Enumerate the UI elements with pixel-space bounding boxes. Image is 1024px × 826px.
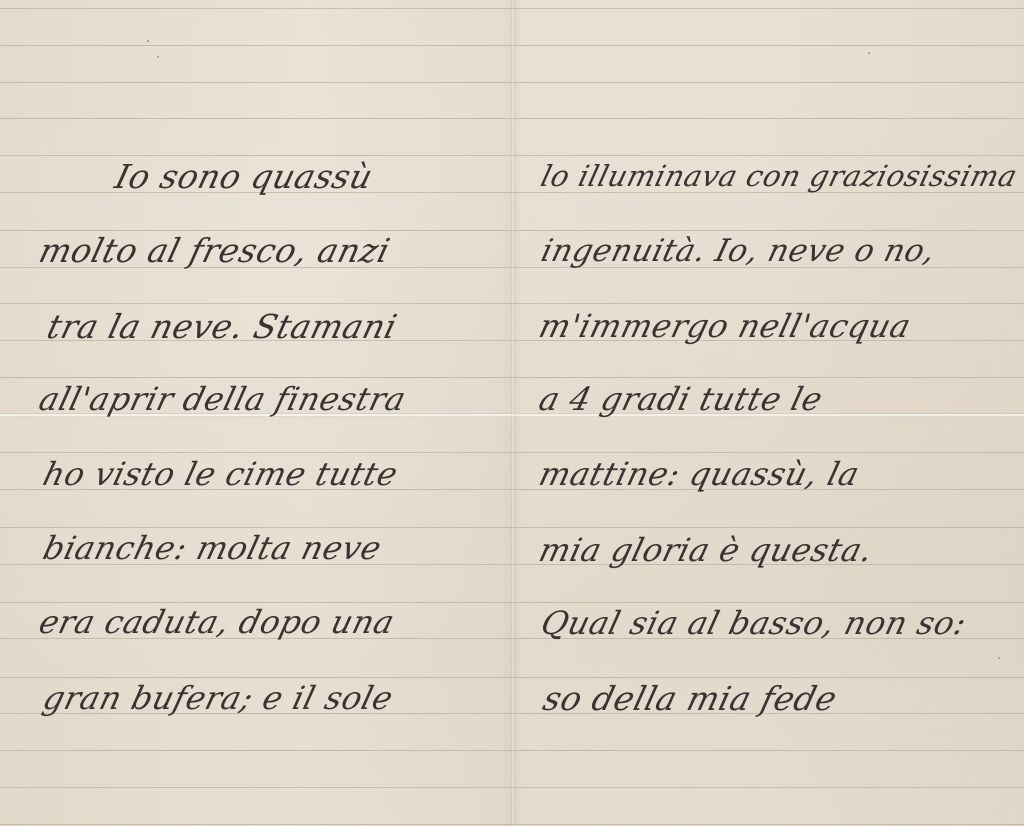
letter-line: so della mia fede	[540, 682, 840, 715]
letter-line: gran bufera; e il sole	[40, 682, 396, 714]
letter-line: Io sono quassù	[112, 160, 376, 193]
letter-line: era caduta, dopo una	[36, 606, 398, 638]
left-page: Io sono quassù molto al fresco, anzi tra…	[0, 0, 510, 826]
letter-line: mattine: quassù, la	[536, 458, 863, 490]
letter-line: ingenuità. Io, neve o no,	[538, 236, 938, 267]
letter-line: a 4 gradi tutte le	[536, 383, 826, 415]
letter-line: ho visto le cime tutte	[40, 458, 401, 490]
letter-line: tra la neve. Stamani	[44, 310, 400, 343]
letter-line: bianche: molta neve	[40, 532, 385, 564]
letter-line: lo illuminava con graziosissima	[538, 162, 1020, 191]
letter-sheet: Io sono quassù molto al fresco, anzi tra…	[0, 0, 1024, 826]
letter-line: m'immergo nell'acqua	[536, 310, 914, 342]
letter-line: mia gloria è questa.	[536, 534, 876, 566]
letter-line: all'aprir della finestra	[36, 383, 409, 415]
letter-line: Qual sia al basso, non so:	[538, 607, 970, 639]
right-page: lo illuminava con graziosissima ingenuit…	[516, 0, 1024, 826]
letter-line: molto al fresco, anzi	[36, 234, 393, 267]
vertical-fold	[511, 0, 515, 826]
